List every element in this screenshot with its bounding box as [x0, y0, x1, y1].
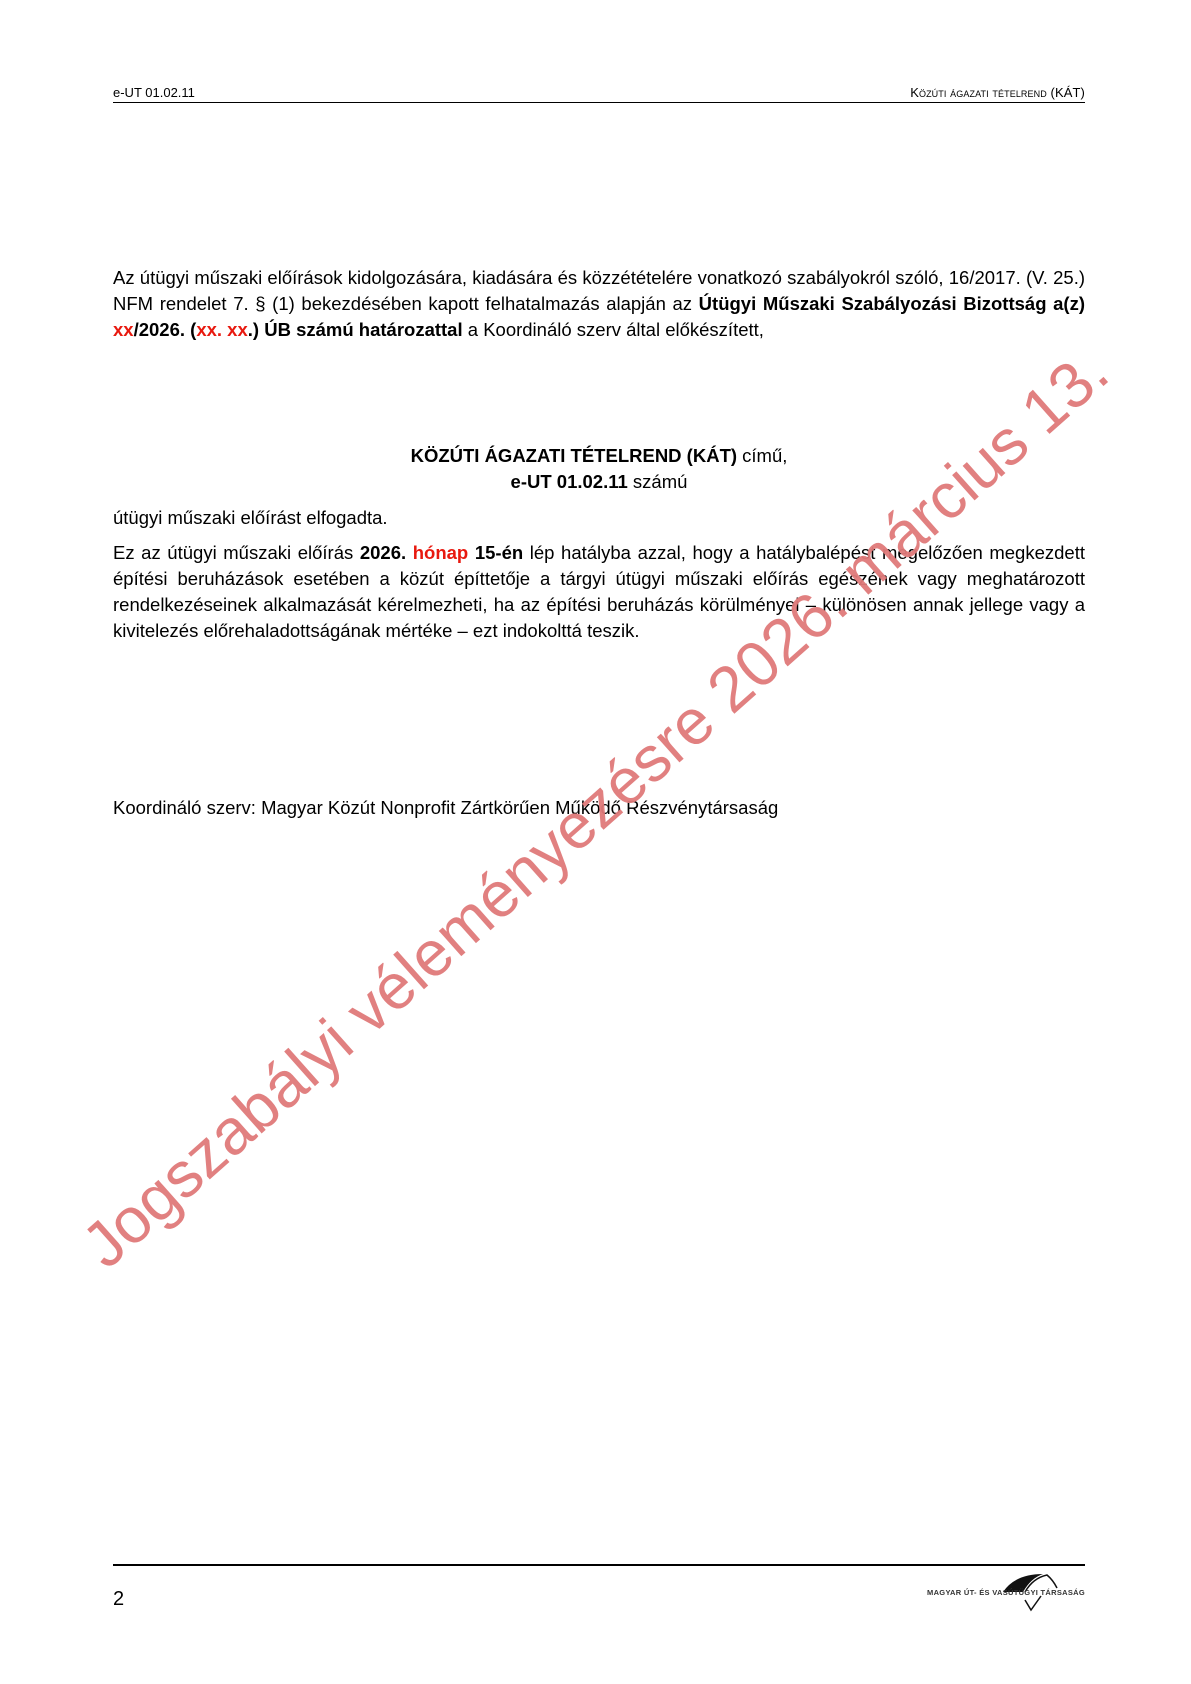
header-doc-code: e-UT 01.02.11	[113, 85, 195, 100]
coordinator-line: Koordináló szerv: Magyar Közút Nonprofit…	[113, 795, 1085, 821]
p3-day: 15-én	[468, 542, 523, 563]
association-logo: MAGYAR ÚT- ÉS VASÚTÜGYI TÁRSASÁG	[915, 1570, 1085, 1615]
effective-date-paragraph: Ez az útügyi műszaki előírás 2026. hónap…	[113, 540, 1085, 644]
p1-placeholder-date: xx. xx	[196, 319, 247, 340]
page-header: e-UT 01.02.11 Közúti ágazati tételrend (…	[113, 84, 1085, 103]
p1-placeholder-number: xx	[113, 319, 134, 340]
title-suffix: című,	[737, 445, 787, 466]
page-number: 2	[113, 1588, 124, 1611]
footer-divider	[113, 1564, 1085, 1566]
code-line: e-UT 01.02.11 számú	[113, 469, 1085, 495]
logo-text: MAGYAR ÚT- ÉS VASÚTÜGYI TÁRSASÁG	[915, 1588, 1085, 1597]
p1-bold-1: Útügyi Műszaki Szabályozási Bizottság a(…	[699, 293, 1085, 314]
code-suffix: számú	[628, 471, 688, 492]
p3-month-placeholder: hónap	[406, 542, 468, 563]
title-block: KÖZÚTI ÁGAZATI TÉTELREND (KÁT) című, e-U…	[113, 443, 1085, 495]
p3-text-1: Ez az útügyi műszaki előírás	[113, 542, 360, 563]
p1-text-2: a Koordináló szerv által előkészített,	[463, 319, 764, 340]
authorization-paragraph: Az útügyi műszaki előírások kidolgozásár…	[113, 265, 1085, 343]
accepted-paragraph: útügyi műszaki előírást elfogadta.	[113, 505, 1085, 531]
p1-bold-3: .) ÚB számú határozattal	[248, 319, 463, 340]
p1-bold-2: /2026. (	[134, 319, 197, 340]
p3-year: 2026.	[360, 542, 406, 563]
document-code: e-UT 01.02.11	[511, 471, 628, 492]
document-title: KÖZÚTI ÁGAZATI TÉTELREND (KÁT)	[411, 445, 737, 466]
title-line: KÖZÚTI ÁGAZATI TÉTELREND (KÁT) című,	[113, 443, 1085, 469]
header-doc-title: Közúti ágazati tételrend (KÁT)	[910, 85, 1085, 100]
